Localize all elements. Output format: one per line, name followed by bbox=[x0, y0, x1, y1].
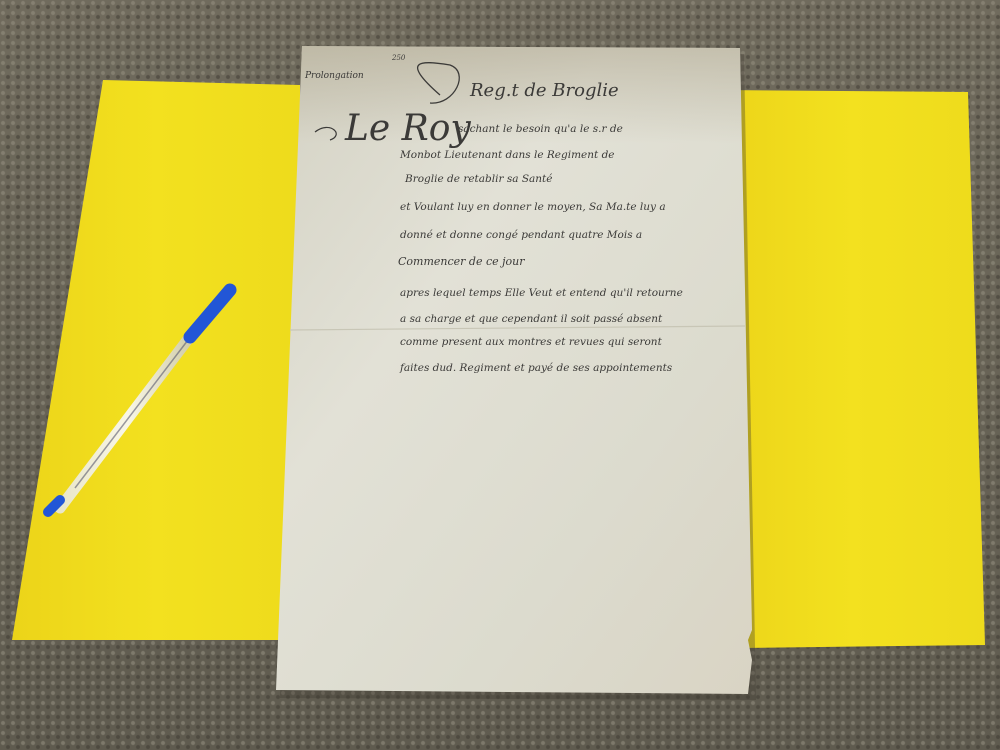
svg-text:a sa charge et que cependant i: a sa charge et que cependant il soit pas… bbox=[400, 313, 663, 325]
svg-text:faites dud. Regiment et payé d: faites dud. Regiment et payé de ses appo… bbox=[399, 362, 673, 374]
folio-number: 250 bbox=[391, 54, 406, 62]
svg-text:sachant le besoin qu'a le s.r: sachant le besoin qu'a le s.r de bbox=[458, 123, 623, 135]
svg-text:apres lequel temps Elle Veut e: apres lequel temps Elle Veut et entend q… bbox=[400, 287, 683, 299]
svg-text:comme present aux montres et r: comme present aux montres et revues qui … bbox=[400, 336, 663, 348]
svg-text:Monbot Lieutenant dans le Regi: Monbot Lieutenant dans le Regiment de bbox=[399, 149, 615, 161]
svg-text:Broglie de retablir sa Santé: Broglie de retablir sa Santé bbox=[404, 173, 552, 185]
svg-text:et Voulant luy en donner le mo: et Voulant luy en donner le moyen, Sa Ma… bbox=[400, 201, 666, 213]
photo-scene: Prolongation 250 Reg.t de Broglie Le Roy… bbox=[0, 0, 1000, 750]
svg-text:Commencer de ce jour: Commencer de ce jour bbox=[398, 255, 525, 268]
opening-le-roy: Le Roy bbox=[344, 108, 471, 149]
regiment-heading: Reg.t de Broglie bbox=[469, 80, 619, 101]
svg-text:donné et donne congé pendant q: donné et donne congé pendant quatre Mois… bbox=[400, 229, 642, 241]
margin-note: Prolongation bbox=[304, 71, 364, 81]
